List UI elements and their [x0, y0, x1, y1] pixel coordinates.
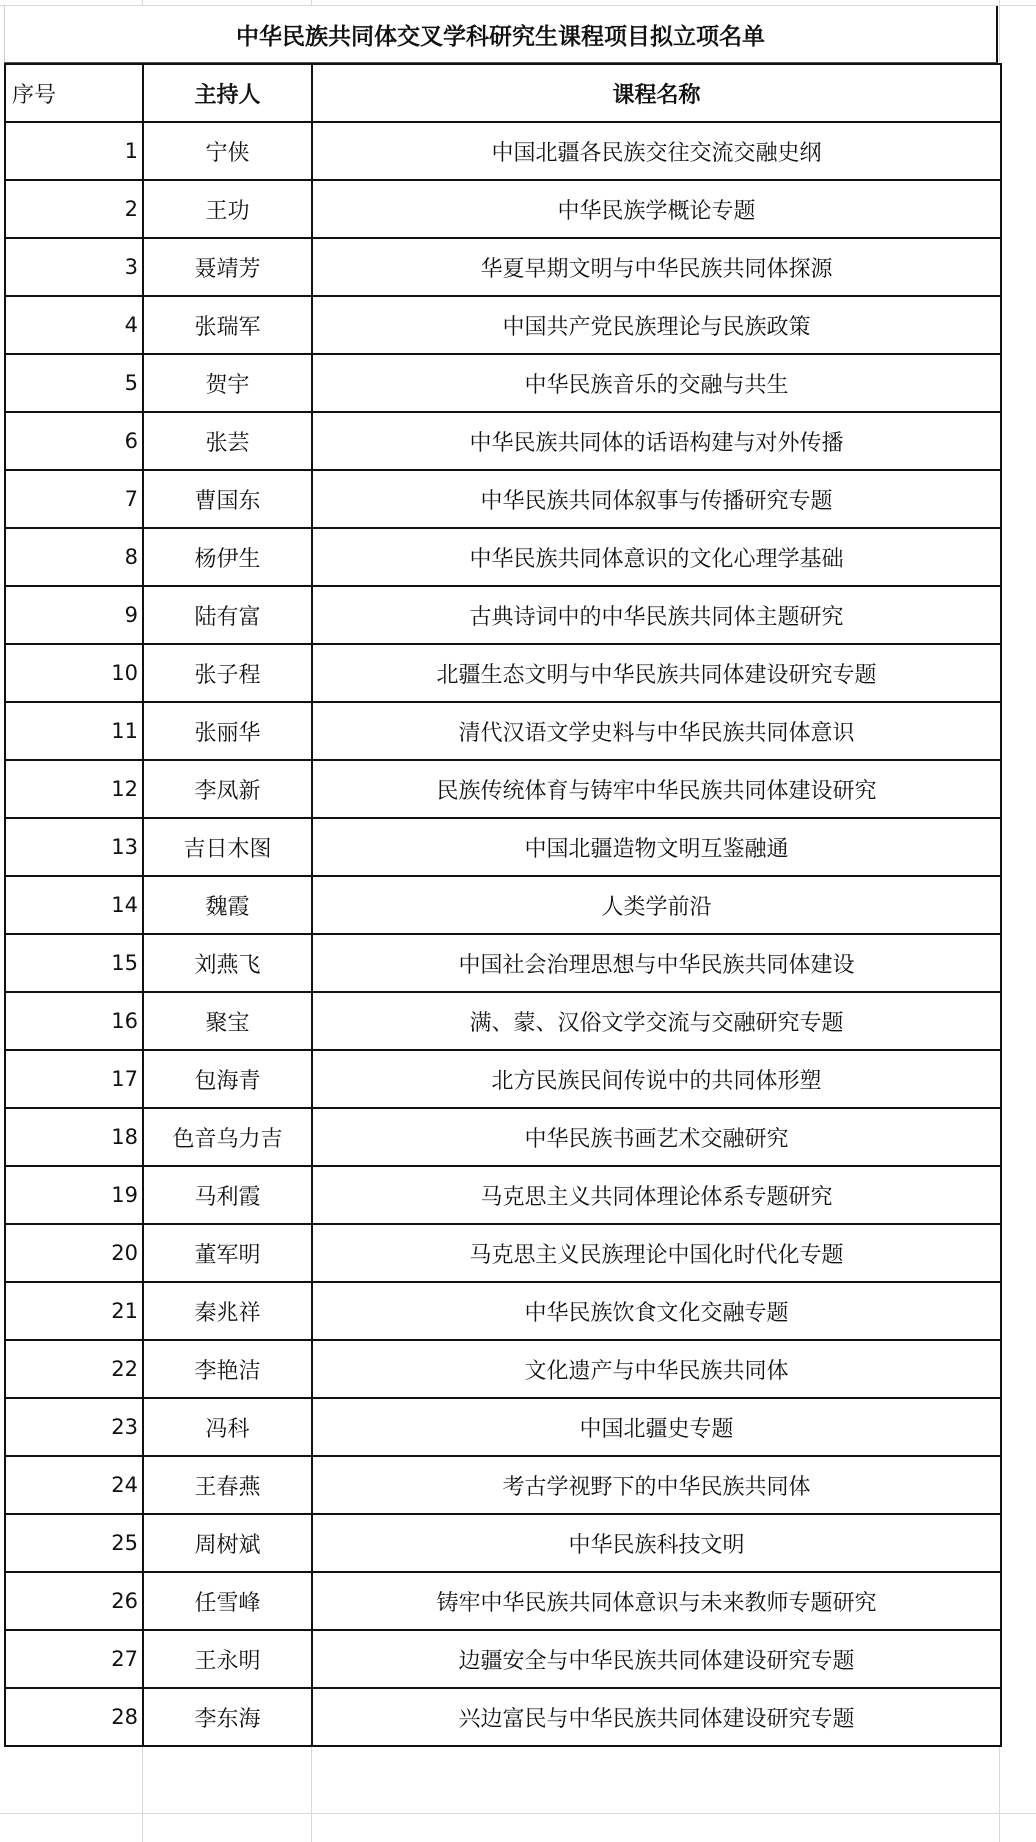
cell-host[interactable]: 吉日木图	[143, 818, 312, 876]
cell-seq[interactable]: 3	[5, 238, 143, 296]
table-row: 8杨伊生中华民族共同体意识的文化心理学基础	[5, 528, 1001, 586]
table-row: 13吉日木图中国北疆造物文明互鉴融通	[5, 818, 1001, 876]
cell-host[interactable]: 秦兆祥	[143, 1282, 312, 1340]
table-row: 17包海青北方民族民间传说中的共同体形塑	[5, 1050, 1001, 1108]
table-row: 10张子程北疆生态文明与中华民族共同体建设研究专题	[5, 644, 1001, 702]
cell-course[interactable]: 兴边富民与中华民族共同体建设研究专题	[312, 1688, 1001, 1746]
cell-course[interactable]: 人类学前沿	[312, 876, 1001, 934]
table-row: 11张丽华清代汉语文学史料与中华民族共同体意识	[5, 702, 1001, 760]
header-seq[interactable]: 序号	[5, 64, 143, 122]
header-row: 序号 主持人 课程名称	[5, 64, 1001, 122]
cell-course[interactable]: 中国北疆造物文明互鉴融通	[312, 818, 1001, 876]
table-row: 2王功中华民族学概论专题	[5, 180, 1001, 238]
cell-course[interactable]: 中华民族共同体的话语构建与对外传播	[312, 412, 1001, 470]
cell-host[interactable]: 张瑞军	[143, 296, 312, 354]
cell-host[interactable]: 李凤新	[143, 760, 312, 818]
table-row: 21秦兆祥中华民族饮食文化交融专题	[5, 1282, 1001, 1340]
cell-seq[interactable]: 15	[5, 934, 143, 992]
cell-course[interactable]: 华夏早期文明与中华民族共同体探源	[312, 238, 1001, 296]
table-row: 27王永明边疆安全与中华民族共同体建设研究专题	[5, 1630, 1001, 1688]
cell-host[interactable]: 魏霞	[143, 876, 312, 934]
table-row: 1宁侠中国北疆各民族交往交流交融史纲	[5, 122, 1001, 180]
cell-course[interactable]: 马克思主义共同体理论体系专题研究	[312, 1166, 1001, 1224]
cell-course[interactable]: 马克思主义民族理论中国化时代化专题	[312, 1224, 1001, 1282]
cell-course[interactable]: 古典诗词中的中华民族共同体主题研究	[312, 586, 1001, 644]
cell-host[interactable]: 冯科	[143, 1398, 312, 1456]
table-row: 12李凤新民族传统体育与铸牢中华民族共同体建设研究	[5, 760, 1001, 818]
cell-host[interactable]: 刘燕飞	[143, 934, 312, 992]
cell-course[interactable]: 中国社会治理思想与中华民族共同体建设	[312, 934, 1001, 992]
cell-host[interactable]: 董军明	[143, 1224, 312, 1282]
cell-seq[interactable]: 12	[5, 760, 143, 818]
cell-course[interactable]: 中华民族科技文明	[312, 1514, 1001, 1572]
cell-course[interactable]: 中华民族共同体叙事与传播研究专题	[312, 470, 1001, 528]
cell-course[interactable]: 满、蒙、汉俗文学交流与交融研究专题	[312, 992, 1001, 1050]
header-host[interactable]: 主持人	[143, 64, 312, 122]
table-row: 20董军明马克思主义民族理论中国化时代化专题	[5, 1224, 1001, 1282]
cell-course[interactable]: 中华民族饮食文化交融专题	[312, 1282, 1001, 1340]
table-row: 28李东海兴边富民与中华民族共同体建设研究专题	[5, 1688, 1001, 1746]
table-row: 24王春燕考古学视野下的中华民族共同体	[5, 1456, 1001, 1514]
cell-course[interactable]: 文化遗产与中华民族共同体	[312, 1340, 1001, 1398]
cell-course[interactable]: 中华民族共同体意识的文化心理学基础	[312, 528, 1001, 586]
table-row: 22李艳洁文化遗产与中华民族共同体	[5, 1340, 1001, 1398]
cell-course[interactable]: 中国北疆史专题	[312, 1398, 1001, 1456]
cell-seq[interactable]: 7	[5, 470, 143, 528]
table-row: 6张芸中华民族共同体的话语构建与对外传播	[5, 412, 1001, 470]
cell-seq[interactable]: 20	[5, 1224, 143, 1282]
table-title[interactable]: 中华民族共同体交叉学科研究生课程项目拟立项名单	[4, 6, 998, 63]
cell-host[interactable]: 色音乌力吉	[143, 1108, 312, 1166]
table-row: 15刘燕飞中国社会治理思想与中华民族共同体建设	[5, 934, 1001, 992]
header-course[interactable]: 课程名称	[312, 64, 1001, 122]
table-row: 4张瑞军中国共产党民族理论与民族政策	[5, 296, 1001, 354]
cell-host[interactable]: 李艳洁	[143, 1340, 312, 1398]
cell-seq[interactable]: 28	[5, 1688, 143, 1746]
cell-seq[interactable]: 27	[5, 1630, 143, 1688]
cell-course[interactable]: 民族传统体育与铸牢中华民族共同体建设研究	[312, 760, 1001, 818]
table-row: 16聚宝满、蒙、汉俗文学交流与交融研究专题	[5, 992, 1001, 1050]
cell-course[interactable]: 边疆安全与中华民族共同体建设研究专题	[312, 1630, 1001, 1688]
cell-seq[interactable]: 23	[5, 1398, 143, 1456]
cell-course[interactable]: 铸牢中华民族共同体意识与未来教师专题研究	[312, 1572, 1001, 1630]
cell-host[interactable]: 张丽华	[143, 702, 312, 760]
cell-host[interactable]: 张芸	[143, 412, 312, 470]
cell-seq[interactable]: 6	[5, 412, 143, 470]
cell-seq[interactable]: 9	[5, 586, 143, 644]
cell-host[interactable]: 王永明	[143, 1630, 312, 1688]
spreadsheet: 中华民族共同体交叉学科研究生课程项目拟立项名单 序号 主持人 课程名称 1宁侠中…	[4, 6, 998, 1747]
cell-seq[interactable]: 13	[5, 818, 143, 876]
cell-host[interactable]: 任雪峰	[143, 1572, 312, 1630]
cell-host[interactable]: 周树斌	[143, 1514, 312, 1572]
cell-course[interactable]: 中国共产党民族理论与民族政策	[312, 296, 1001, 354]
cell-host[interactable]: 曹国东	[143, 470, 312, 528]
cell-host[interactable]: 王春燕	[143, 1456, 312, 1514]
cell-seq[interactable]: 22	[5, 1340, 143, 1398]
cell-host[interactable]: 马利霞	[143, 1166, 312, 1224]
table-row: 5贺宇中华民族音乐的交融与共生	[5, 354, 1001, 412]
table-row: 3聂靖芳华夏早期文明与中华民族共同体探源	[5, 238, 1001, 296]
course-table: 序号 主持人 课程名称 1宁侠中国北疆各民族交往交流交融史纲2王功中华民族学概论…	[4, 63, 1002, 1747]
cell-host[interactable]: 包海青	[143, 1050, 312, 1108]
table-row: 23冯科中国北疆史专题	[5, 1398, 1001, 1456]
cell-seq[interactable]: 5	[5, 354, 143, 412]
cell-seq[interactable]: 14	[5, 876, 143, 934]
cell-seq[interactable]: 24	[5, 1456, 143, 1514]
cell-course[interactable]: 考古学视野下的中华民族共同体	[312, 1456, 1001, 1514]
table-row: 26任雪峰铸牢中华民族共同体意识与未来教师专题研究	[5, 1572, 1001, 1630]
cell-host[interactable]: 张子程	[143, 644, 312, 702]
cell-seq[interactable]: 26	[5, 1572, 143, 1630]
cell-host[interactable]: 陆有富	[143, 586, 312, 644]
cell-host[interactable]: 王功	[143, 180, 312, 238]
cell-seq[interactable]: 8	[5, 528, 143, 586]
cell-seq[interactable]: 16	[5, 992, 143, 1050]
cell-seq[interactable]: 10	[5, 644, 143, 702]
cell-host[interactable]: 聂靖芳	[143, 238, 312, 296]
cell-course[interactable]: 中国北疆各民族交往交流交融史纲	[312, 122, 1001, 180]
gridline	[0, 1813, 1036, 1814]
cell-course[interactable]: 北疆生态文明与中华民族共同体建设研究专题	[312, 644, 1001, 702]
cell-seq[interactable]: 19	[5, 1166, 143, 1224]
cell-seq[interactable]: 2	[5, 180, 143, 238]
cell-seq[interactable]: 21	[5, 1282, 143, 1340]
cell-host[interactable]: 聚宝	[143, 992, 312, 1050]
cell-seq[interactable]: 17	[5, 1050, 143, 1108]
table-row: 18色音乌力吉中华民族书画艺术交融研究	[5, 1108, 1001, 1166]
cell-course[interactable]: 中华民族学概论专题	[312, 180, 1001, 238]
cell-course[interactable]: 中华民族书画艺术交融研究	[312, 1108, 1001, 1166]
cell-course[interactable]: 中华民族音乐的交融与共生	[312, 354, 1001, 412]
cell-host[interactable]: 贺宇	[143, 354, 312, 412]
table-row: 14魏霞人类学前沿	[5, 876, 1001, 934]
cell-host[interactable]: 宁侠	[143, 122, 312, 180]
cell-course[interactable]: 北方民族民间传说中的共同体形塑	[312, 1050, 1001, 1108]
cell-host[interactable]: 李东海	[143, 1688, 312, 1746]
table-row: 9陆有富古典诗词中的中华民族共同体主题研究	[5, 586, 1001, 644]
cell-seq[interactable]: 1	[5, 122, 143, 180]
table-row: 7曹国东中华民族共同体叙事与传播研究专题	[5, 470, 1001, 528]
cell-course[interactable]: 清代汉语文学史料与中华民族共同体意识	[312, 702, 1001, 760]
cell-seq[interactable]: 11	[5, 702, 143, 760]
table-row: 19马利霞马克思主义共同体理论体系专题研究	[5, 1166, 1001, 1224]
cell-seq[interactable]: 4	[5, 296, 143, 354]
cell-host[interactable]: 杨伊生	[143, 528, 312, 586]
table-row: 25周树斌中华民族科技文明	[5, 1514, 1001, 1572]
cell-seq[interactable]: 18	[5, 1108, 143, 1166]
cell-seq[interactable]: 25	[5, 1514, 143, 1572]
